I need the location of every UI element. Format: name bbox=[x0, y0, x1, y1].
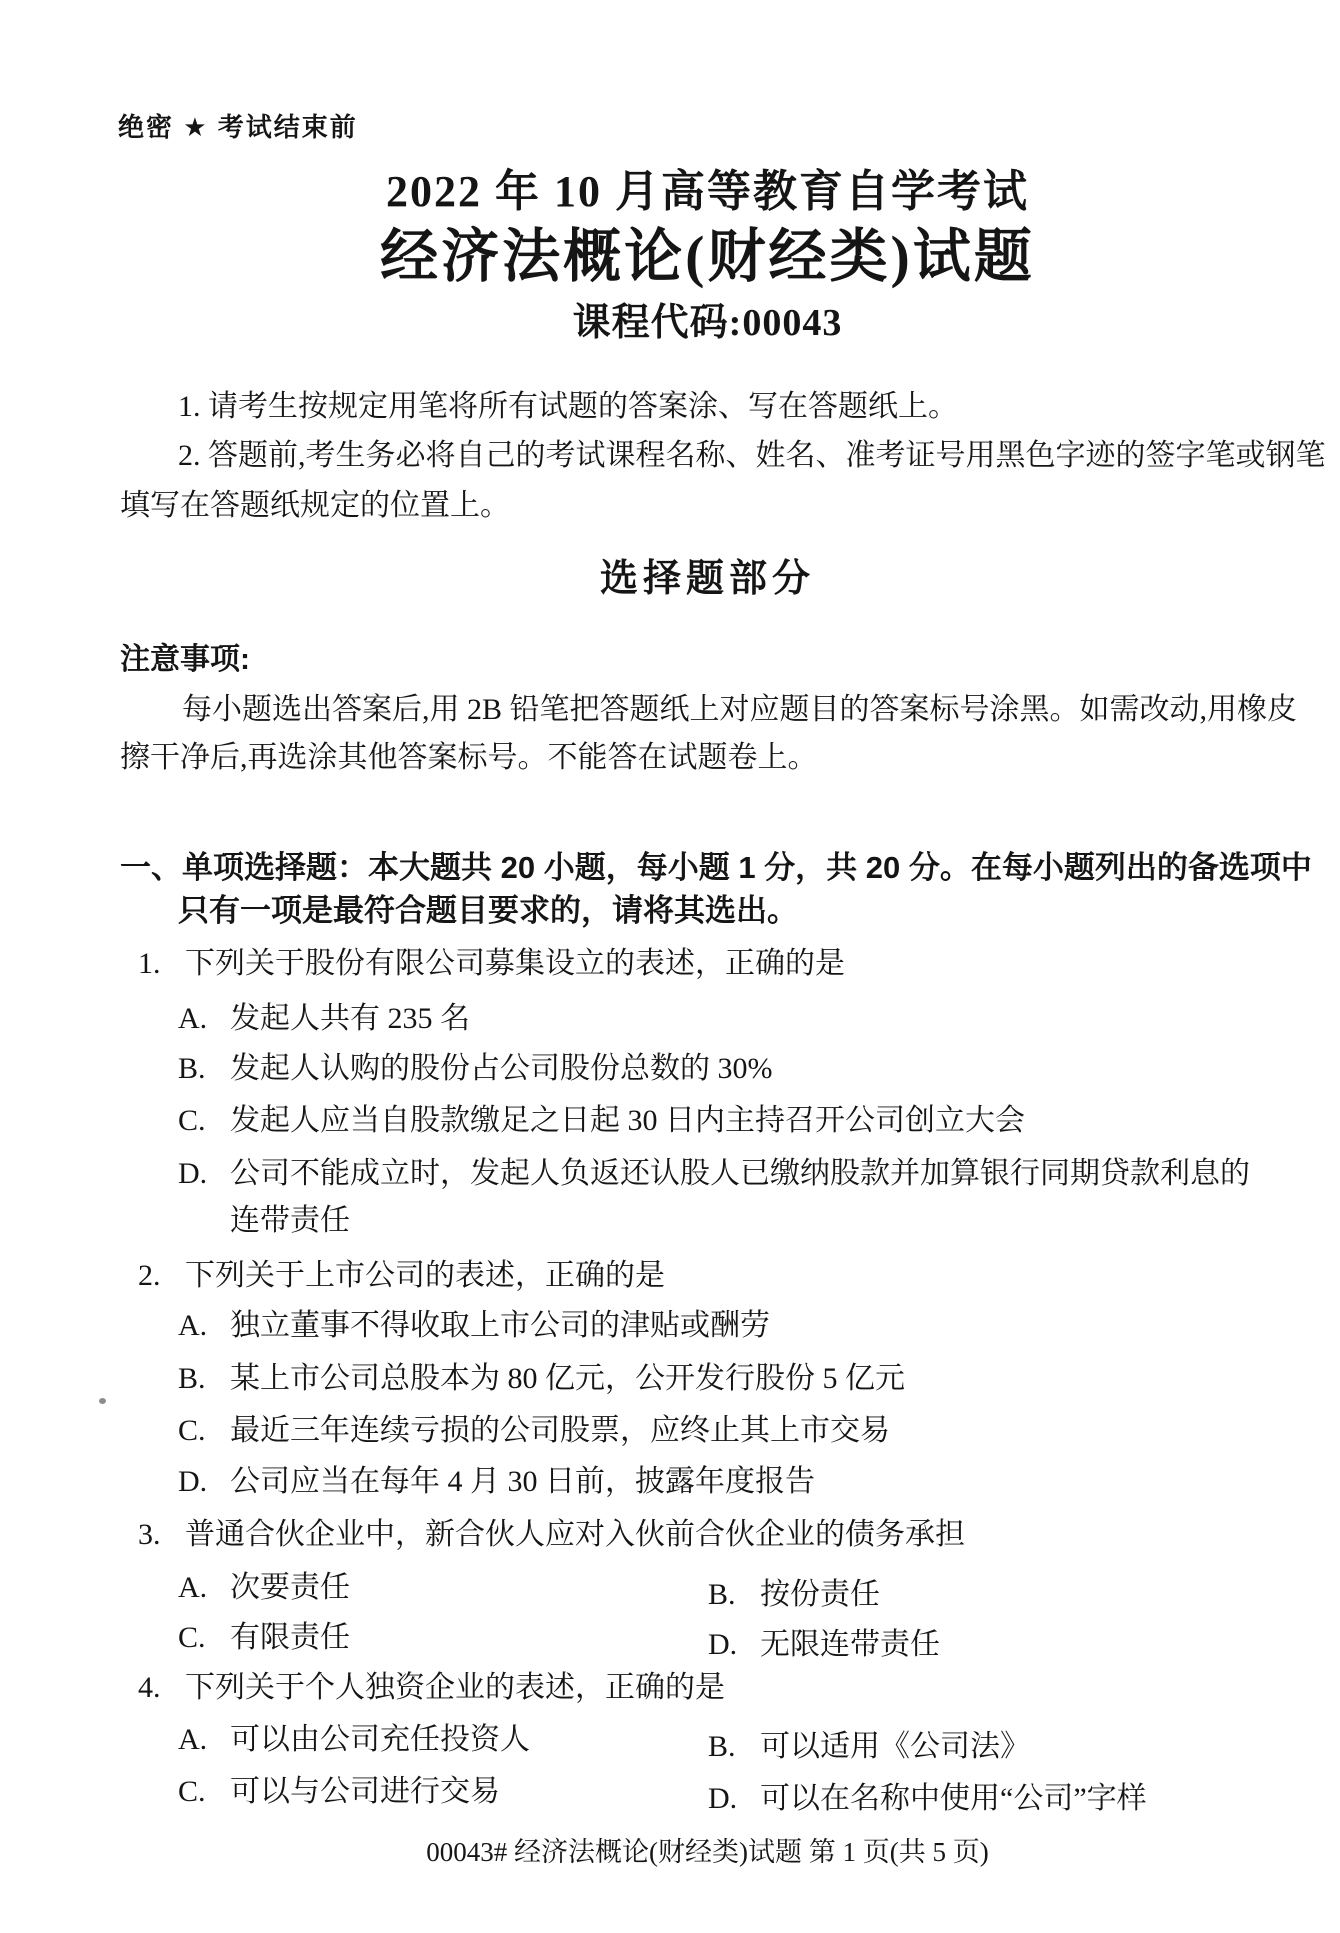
question-2-number: 2. bbox=[138, 1258, 185, 1294]
option-text: 公司不能成立时，发起人负返还认股人已缴纳股款并加算银行同期贷款利息的 bbox=[230, 1156, 1250, 1192]
option-label: B. bbox=[178, 1361, 230, 1397]
option-label: D. bbox=[178, 1156, 230, 1192]
option-text: 可以与公司进行交易 bbox=[230, 1774, 500, 1810]
instruction-item-1: 1. 请考生按规定用笔将所有试题的答案涂、写在答题纸上。 bbox=[178, 389, 958, 425]
question-4-text: 下列关于个人独资企业的表述，正确的是 bbox=[185, 1670, 725, 1706]
question-3-number: 3. bbox=[138, 1517, 185, 1553]
question-4-option-b: B. 可以适用《公司法》 bbox=[708, 1729, 1030, 1765]
question-3-text: 普通合伙企业中，新合伙人应对入伙前合伙企业的债务承担 bbox=[185, 1517, 965, 1553]
question-1-option-a: A. 发起人共有 235 名 bbox=[178, 1001, 470, 1037]
instruction-item-2: 2. 答题前,考生务必将自己的考试课程名称、姓名、准考证号用黑色字迹的签字笔或钢… bbox=[178, 438, 1326, 474]
option-label: B. bbox=[708, 1729, 760, 1765]
option-label: A. bbox=[178, 1722, 230, 1758]
question-2-option-c: C. 最近三年连续亏损的公司股票，应终止其上市交易 bbox=[178, 1413, 890, 1449]
option-label: D. bbox=[178, 1464, 230, 1500]
option-label: D. bbox=[708, 1627, 760, 1663]
option-text: 按份责任 bbox=[760, 1577, 880, 1613]
question-2-stem: 2. 下列关于上市公司的表述，正确的是 bbox=[138, 1258, 665, 1294]
notice-label: 注意事项: bbox=[120, 642, 250, 678]
option-label: A. bbox=[178, 1570, 230, 1606]
option-text: 最近三年连续亏损的公司股票，应终止其上市交易 bbox=[230, 1413, 890, 1449]
question-3-option-d: D. 无限连带责任 bbox=[708, 1627, 940, 1663]
question-2-option-b: B. 某上市公司总股本为 80 亿元，公开发行股份 5 亿元 bbox=[178, 1361, 905, 1397]
instruction-item-2-continued: 填写在答题纸规定的位置上。 bbox=[120, 488, 510, 524]
question-4-number: 4. bbox=[138, 1670, 185, 1706]
question-1-option-d: D. 公司不能成立时，发起人负返还认股人已缴纳股款并加算银行同期贷款利息的 bbox=[178, 1156, 1250, 1192]
section-title: 选择题部分 bbox=[75, 557, 1340, 603]
option-text: 独立董事不得收取上市公司的津贴或酬劳 bbox=[230, 1308, 770, 1344]
option-label: D. bbox=[708, 1781, 760, 1817]
question-1-text: 下列关于股份有限公司募集设立的表述，正确的是 bbox=[185, 946, 845, 982]
question-4-option-c: C. 可以与公司进行交易 bbox=[178, 1774, 500, 1810]
exam-subject-title: 经济法概论(财经类)试题 bbox=[75, 222, 1340, 292]
question-3-stem: 3. 普通合伙企业中，新合伙人应对入伙前合伙企业的债务承担 bbox=[138, 1517, 965, 1553]
question-2-option-d: D. 公司应当在每年 4 月 30 日前，披露年度报告 bbox=[178, 1464, 815, 1500]
option-label: A. bbox=[178, 1001, 230, 1037]
option-text: 可以适用《公司法》 bbox=[760, 1729, 1030, 1765]
part1-heading-line1: 一、单项选择题：本大题共 20 小题，每小题 1 分，共 20 分。在每小题列出… bbox=[120, 849, 1312, 886]
question-3-option-c: C. 有限责任 bbox=[178, 1620, 350, 1656]
scan-speck-artifact bbox=[99, 1398, 106, 1404]
option-text: 发起人认购的股份占公司股份总数的 30% bbox=[230, 1051, 773, 1087]
option-text: 发起人应当自股款缴足之日起 30 日内主持召开公司创立大会 bbox=[230, 1103, 1025, 1139]
question-1-option-b: B. 发起人认购的股份占公司股份总数的 30% bbox=[178, 1051, 773, 1087]
option-label: A. bbox=[178, 1308, 230, 1344]
exam-paper-page: 绝密 ★ 考试结束前 2022 年 10 月高等教育自学考试 经济法概论(财经类… bbox=[0, 0, 1340, 1933]
question-1-stem: 1. 下列关于股份有限公司募集设立的表述，正确的是 bbox=[138, 946, 845, 982]
notice-line-2: 擦干净后,再选涂其他答案标号。不能答在试题卷上。 bbox=[120, 740, 818, 776]
question-4-option-a: A. 可以由公司充任投资人 bbox=[178, 1722, 530, 1758]
option-label: B. bbox=[178, 1051, 230, 1087]
option-text: 无限连带责任 bbox=[760, 1627, 940, 1663]
option-label: C. bbox=[178, 1413, 230, 1449]
option-text: 有限责任 bbox=[230, 1620, 350, 1656]
question-4-stem: 4. 下列关于个人独资企业的表述，正确的是 bbox=[138, 1670, 725, 1706]
question-3-option-a: A. 次要责任 bbox=[178, 1570, 350, 1606]
question-1-number: 1. bbox=[138, 946, 185, 982]
question-1-option-d-continued: 连带责任 bbox=[230, 1203, 350, 1239]
question-3-option-b: B. 按份责任 bbox=[708, 1577, 880, 1613]
option-text: 可以在名称中使用“公司”字样 bbox=[760, 1781, 1147, 1817]
page-footer: 00043# 经济法概论(财经类)试题 第 1 页(共 5 页) bbox=[75, 1836, 1340, 1868]
question-2-option-a: A. 独立董事不得收取上市公司的津贴或酬劳 bbox=[178, 1308, 770, 1344]
option-label: B. bbox=[708, 1577, 760, 1613]
option-text: 可以由公司充任投资人 bbox=[230, 1722, 530, 1758]
question-1-option-c: C. 发起人应当自股款缴足之日起 30 日内主持召开公司创立大会 bbox=[178, 1103, 1025, 1139]
option-label: C. bbox=[178, 1774, 230, 1810]
option-text: 发起人共有 235 名 bbox=[230, 1001, 470, 1037]
exam-session-title: 2022 年 10 月高等教育自学考试 bbox=[75, 166, 1340, 219]
classification-banner: 绝密 ★ 考试结束前 bbox=[118, 112, 358, 143]
notice-line-1: 每小题选出答案后,用 2B 铅笔把答题纸上对应题目的答案标号涂黑。如需改动,用橡… bbox=[182, 692, 1297, 728]
option-text: 公司应当在每年 4 月 30 日前，披露年度报告 bbox=[230, 1464, 815, 1500]
option-label: C. bbox=[178, 1620, 230, 1656]
course-code: 课程代码:00043 bbox=[75, 301, 1340, 347]
part1-heading-line2: 只有一项是最符合题目要求的，请将其选出。 bbox=[178, 892, 798, 929]
question-2-text: 下列关于上市公司的表述，正确的是 bbox=[185, 1258, 665, 1294]
option-text: 次要责任 bbox=[230, 1570, 350, 1606]
option-label: C. bbox=[178, 1103, 230, 1139]
option-text: 某上市公司总股本为 80 亿元，公开发行股份 5 亿元 bbox=[230, 1361, 905, 1397]
question-4-option-d: D. 可以在名称中使用“公司”字样 bbox=[708, 1781, 1147, 1817]
